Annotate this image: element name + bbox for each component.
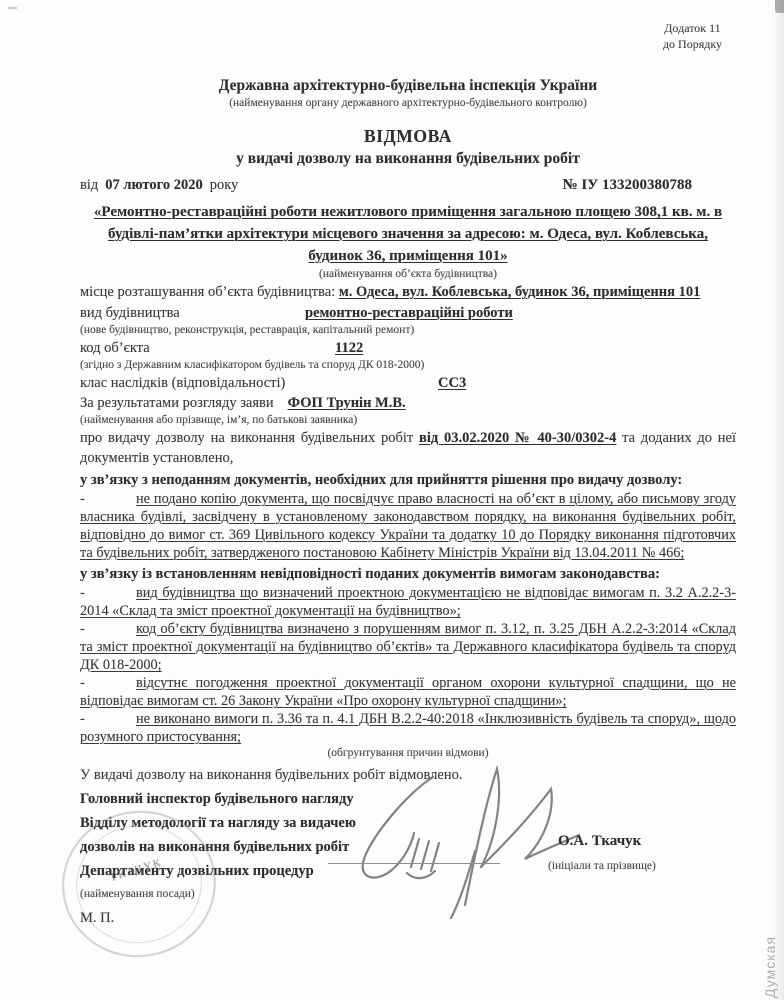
field-object-code-caption: (згідно з Державним класифікатором будів… <box>80 358 736 373</box>
scan-artifact-mark <box>8 7 17 9</box>
signature-block: Головний інспектор будівельного нагляду … <box>80 787 736 965</box>
scan-edge-shadow <box>771 0 784 1000</box>
construction-object-name: «Ремонтно-реставраційні роботи нежитлово… <box>80 201 736 267</box>
appendix-note: Додаток 11 до Порядку <box>663 20 722 52</box>
field-applicant-value: ФОП Трунін М.В. <box>288 395 406 411</box>
refusal-reason-text: не подано копію документа, що посвідчує … <box>80 491 736 561</box>
date-prefix: від <box>80 177 98 193</box>
signature-scribble <box>315 755 595 920</box>
bullet-dash: - <box>80 620 136 638</box>
date-and-number-row: від07 лютого 2020року № ІУ 133200380788 <box>80 174 736 196</box>
signatory-name: О.А. Ткачук <box>558 833 641 850</box>
application-reference-sentence: про видачу дозволу на виконання будівель… <box>80 428 736 468</box>
refusal-reason-item: -не виконано вимоги п. 3.36 та п. 4.1 ДБ… <box>80 710 736 746</box>
field-construction-type-value: ремонтно-реставраційні роботи <box>305 305 513 321</box>
field-construction-type-label: вид будівництва <box>80 303 305 323</box>
field-object-code: код об’єкта1122 <box>80 338 736 358</box>
refusal-reason-item: -код об’єкту будівництва визначено з пор… <box>80 620 736 674</box>
application-reference: від 03.02.2020 № 40-30/0302-4 <box>419 430 616 446</box>
section-heading-missing-documents: у зв’язку з неподанням документів, необх… <box>80 471 736 490</box>
document-page: Додаток 11 до Порядку Державна архітекту… <box>0 0 784 1000</box>
field-construction-type: вид будівництваремонтно-реставраційні ро… <box>80 303 736 323</box>
field-consequence-class-label: клас наслідків (відповідальності) <box>80 373 438 393</box>
field-location-label: місце розташування об’єкта будівництва: <box>80 284 335 300</box>
refusal-reason-text: вид будівництва що визначений проектною … <box>80 585 736 619</box>
field-applicant: За результатами розгляду заявиФОП Трунін… <box>80 393 736 413</box>
issuing-authority-caption: (найменування органу державного архітект… <box>80 96 736 111</box>
document-subtitle: у видачі дозволу на виконання будівельни… <box>80 148 736 169</box>
bullet-dash: - <box>80 674 136 692</box>
refusal-reason-item: -вид будівництва що визначений проектною… <box>80 584 736 620</box>
date-value: 07 лютого 2020 <box>105 177 202 193</box>
refusal-reason-text: код об’єкту будівництва визначено з пору… <box>80 621 736 673</box>
refusal-reason-item: -не подано копію документа, що посвідчує… <box>80 490 736 562</box>
document-date: від07 лютого 2020року <box>80 174 238 196</box>
bullet-dash: - <box>80 584 136 602</box>
document-title: ВІДМОВА <box>80 124 736 148</box>
appendix-line-1: Додаток 11 <box>663 20 722 36</box>
field-applicant-caption: (найменування або прізвище, ім’я, по бат… <box>80 413 736 428</box>
construction-object-caption: (найменування об’єкта будівництва) <box>80 267 736 282</box>
field-construction-type-caption: (нове будівництво, реконструкція, рестав… <box>80 323 736 338</box>
date-suffix: року <box>210 177 239 193</box>
field-consequence-class-value: СС3 <box>438 375 466 391</box>
signature-line <box>328 863 500 864</box>
refusal-reason-text: відсутнє погодження проектної документац… <box>80 675 736 709</box>
application-prefix: про видачу дозволу на виконання будівель… <box>80 430 413 446</box>
refusal-reason-text: не виконано вимоги п. 3.36 та п. 4.1 ДБН… <box>80 711 736 745</box>
field-object-code-value: 1122 <box>335 340 363 356</box>
scan-corner-mark <box>775 0 784 13</box>
refusal-reason-item: -відсутнє погодження проектної документа… <box>80 674 736 710</box>
signatory-name-caption: (ініціали та прізвище) <box>548 859 656 874</box>
field-applicant-label: За результатами розгляду заяви <box>80 395 274 411</box>
field-location-value: м. Одеса, вул. Коблевська, будинок 36, п… <box>339 284 700 300</box>
issuing-authority-name: Державна архітектурно-будівельна інспекц… <box>80 76 736 96</box>
section-heading-noncompliance: у зв’язку із встановленням невідповіднос… <box>80 565 736 584</box>
bullet-dash: - <box>80 710 136 728</box>
bullet-dash: - <box>80 490 136 508</box>
document-number: № ІУ 133200380788 <box>563 174 692 196</box>
field-object-code-label: код об’єкта <box>80 338 335 358</box>
field-consequence-class: клас наслідків (відповідальності)СС3 <box>80 373 736 393</box>
appendix-line-2: до Порядку <box>663 36 722 52</box>
field-location: місце розташування об’єкта будівництва: … <box>80 282 736 303</box>
watermark: Думская <box>762 936 778 998</box>
